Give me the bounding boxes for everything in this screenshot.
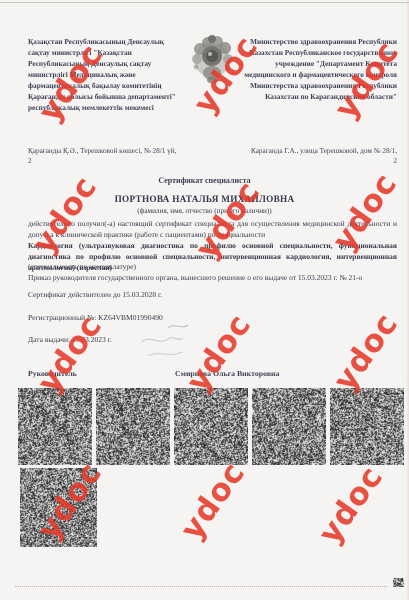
watermark-ydoc: ydoc [174,455,253,546]
redacted-stamp-noise-4 [252,388,326,465]
redacted-qr-code-noise [20,468,97,547]
scan-edge-line [0,2,409,3]
org-name-kazakh: Қазақстан Республикасының Денсаулық сақт… [28,36,186,113]
order-line: Приказ руководителя государственного орг… [28,273,362,282]
watermark-ydoc: ydoc [31,308,110,399]
watermark-ydoc: ydoc [327,306,406,397]
validity-line: Сертификат действителен до 15.03.2028 г. [28,290,162,299]
mini-barcode-mark [393,578,404,587]
holder-name: ПОРТНОВА НАТАЛЬЯ МИХАЙЛОВНА [0,194,409,204]
issue-date-line: Дата выдачи: 15.03.2023 г. [28,335,112,344]
specialty-caption: (специальность по номенклатуре) [28,262,136,271]
footer-micro-text-line [15,586,387,587]
signatory-name: Смирнова Ольга Викторовна [175,369,279,378]
certificate-document: Қазақстан Республикасының Денсаулық сақт… [0,0,409,600]
redacted-stamp-noise-1 [18,388,92,465]
certificate-intro-text: действительно получил(-а) настоящий серт… [28,218,397,240]
address-kazakh: Қарағанды Қ.Ә., Терешковой көшесі, № 28/… [28,146,178,166]
document-title: Сертификат специалиста [0,176,409,185]
address-russian: Караганда Г.А., улица Терешковой, дом № … [246,146,397,166]
redacted-stamp-noise-2 [96,388,170,465]
signatory-role: Руководитель [28,369,77,378]
redacted-stamp-noise-3 [174,388,248,465]
watermark-ydoc: ydoc [312,459,391,550]
org-name-russian: Министерство здравоохранения Республики … [230,36,397,102]
holder-name-caption: (фамилия, имя, отчество (при его наличии… [0,207,409,215]
redacted-stamp-noise-5 [330,388,404,465]
handwritten-signature [128,318,213,366]
